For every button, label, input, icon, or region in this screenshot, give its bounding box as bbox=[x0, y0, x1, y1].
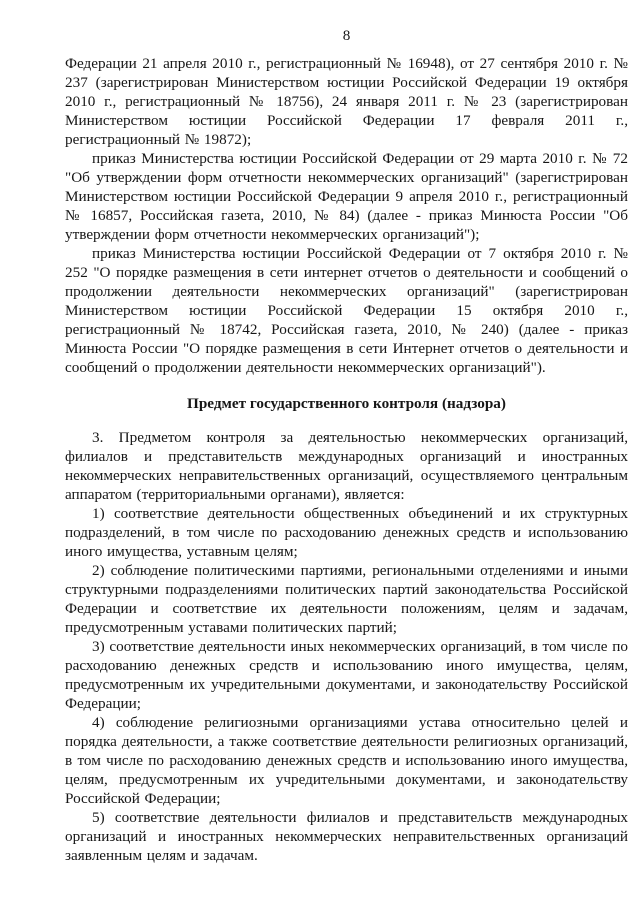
paragraph-order-252: приказ Министерства юстиции Российской Ф… bbox=[65, 244, 628, 377]
paragraph-order-72: приказ Министерства юстиции Российской Ф… bbox=[65, 149, 628, 244]
paragraph-subitem-3: 3) соответствие деятельности иных некомм… bbox=[65, 637, 628, 713]
document-page: 8 Федерации 21 апреля 2010 г., регистрац… bbox=[0, 0, 640, 905]
section-heading: Предмет государственного контроля (надзо… bbox=[65, 394, 628, 413]
paragraph-point-3-intro: 3. Предметом контроля за деятельностью н… bbox=[65, 428, 628, 504]
paragraph-continuation-registrations: Федерации 21 апреля 2010 г., регистрацио… bbox=[65, 54, 628, 149]
paragraph-subitem-2: 2) соблюдение политическими партиями, ре… bbox=[65, 561, 628, 637]
page-number: 8 bbox=[65, 26, 628, 45]
paragraph-subitem-4: 4) соблюдение религиозными организациями… bbox=[65, 713, 628, 808]
paragraph-subitem-1: 1) соответствие деятельности общественны… bbox=[65, 504, 628, 561]
paragraph-subitem-5: 5) соответствие деятельности филиалов и … bbox=[65, 808, 628, 865]
